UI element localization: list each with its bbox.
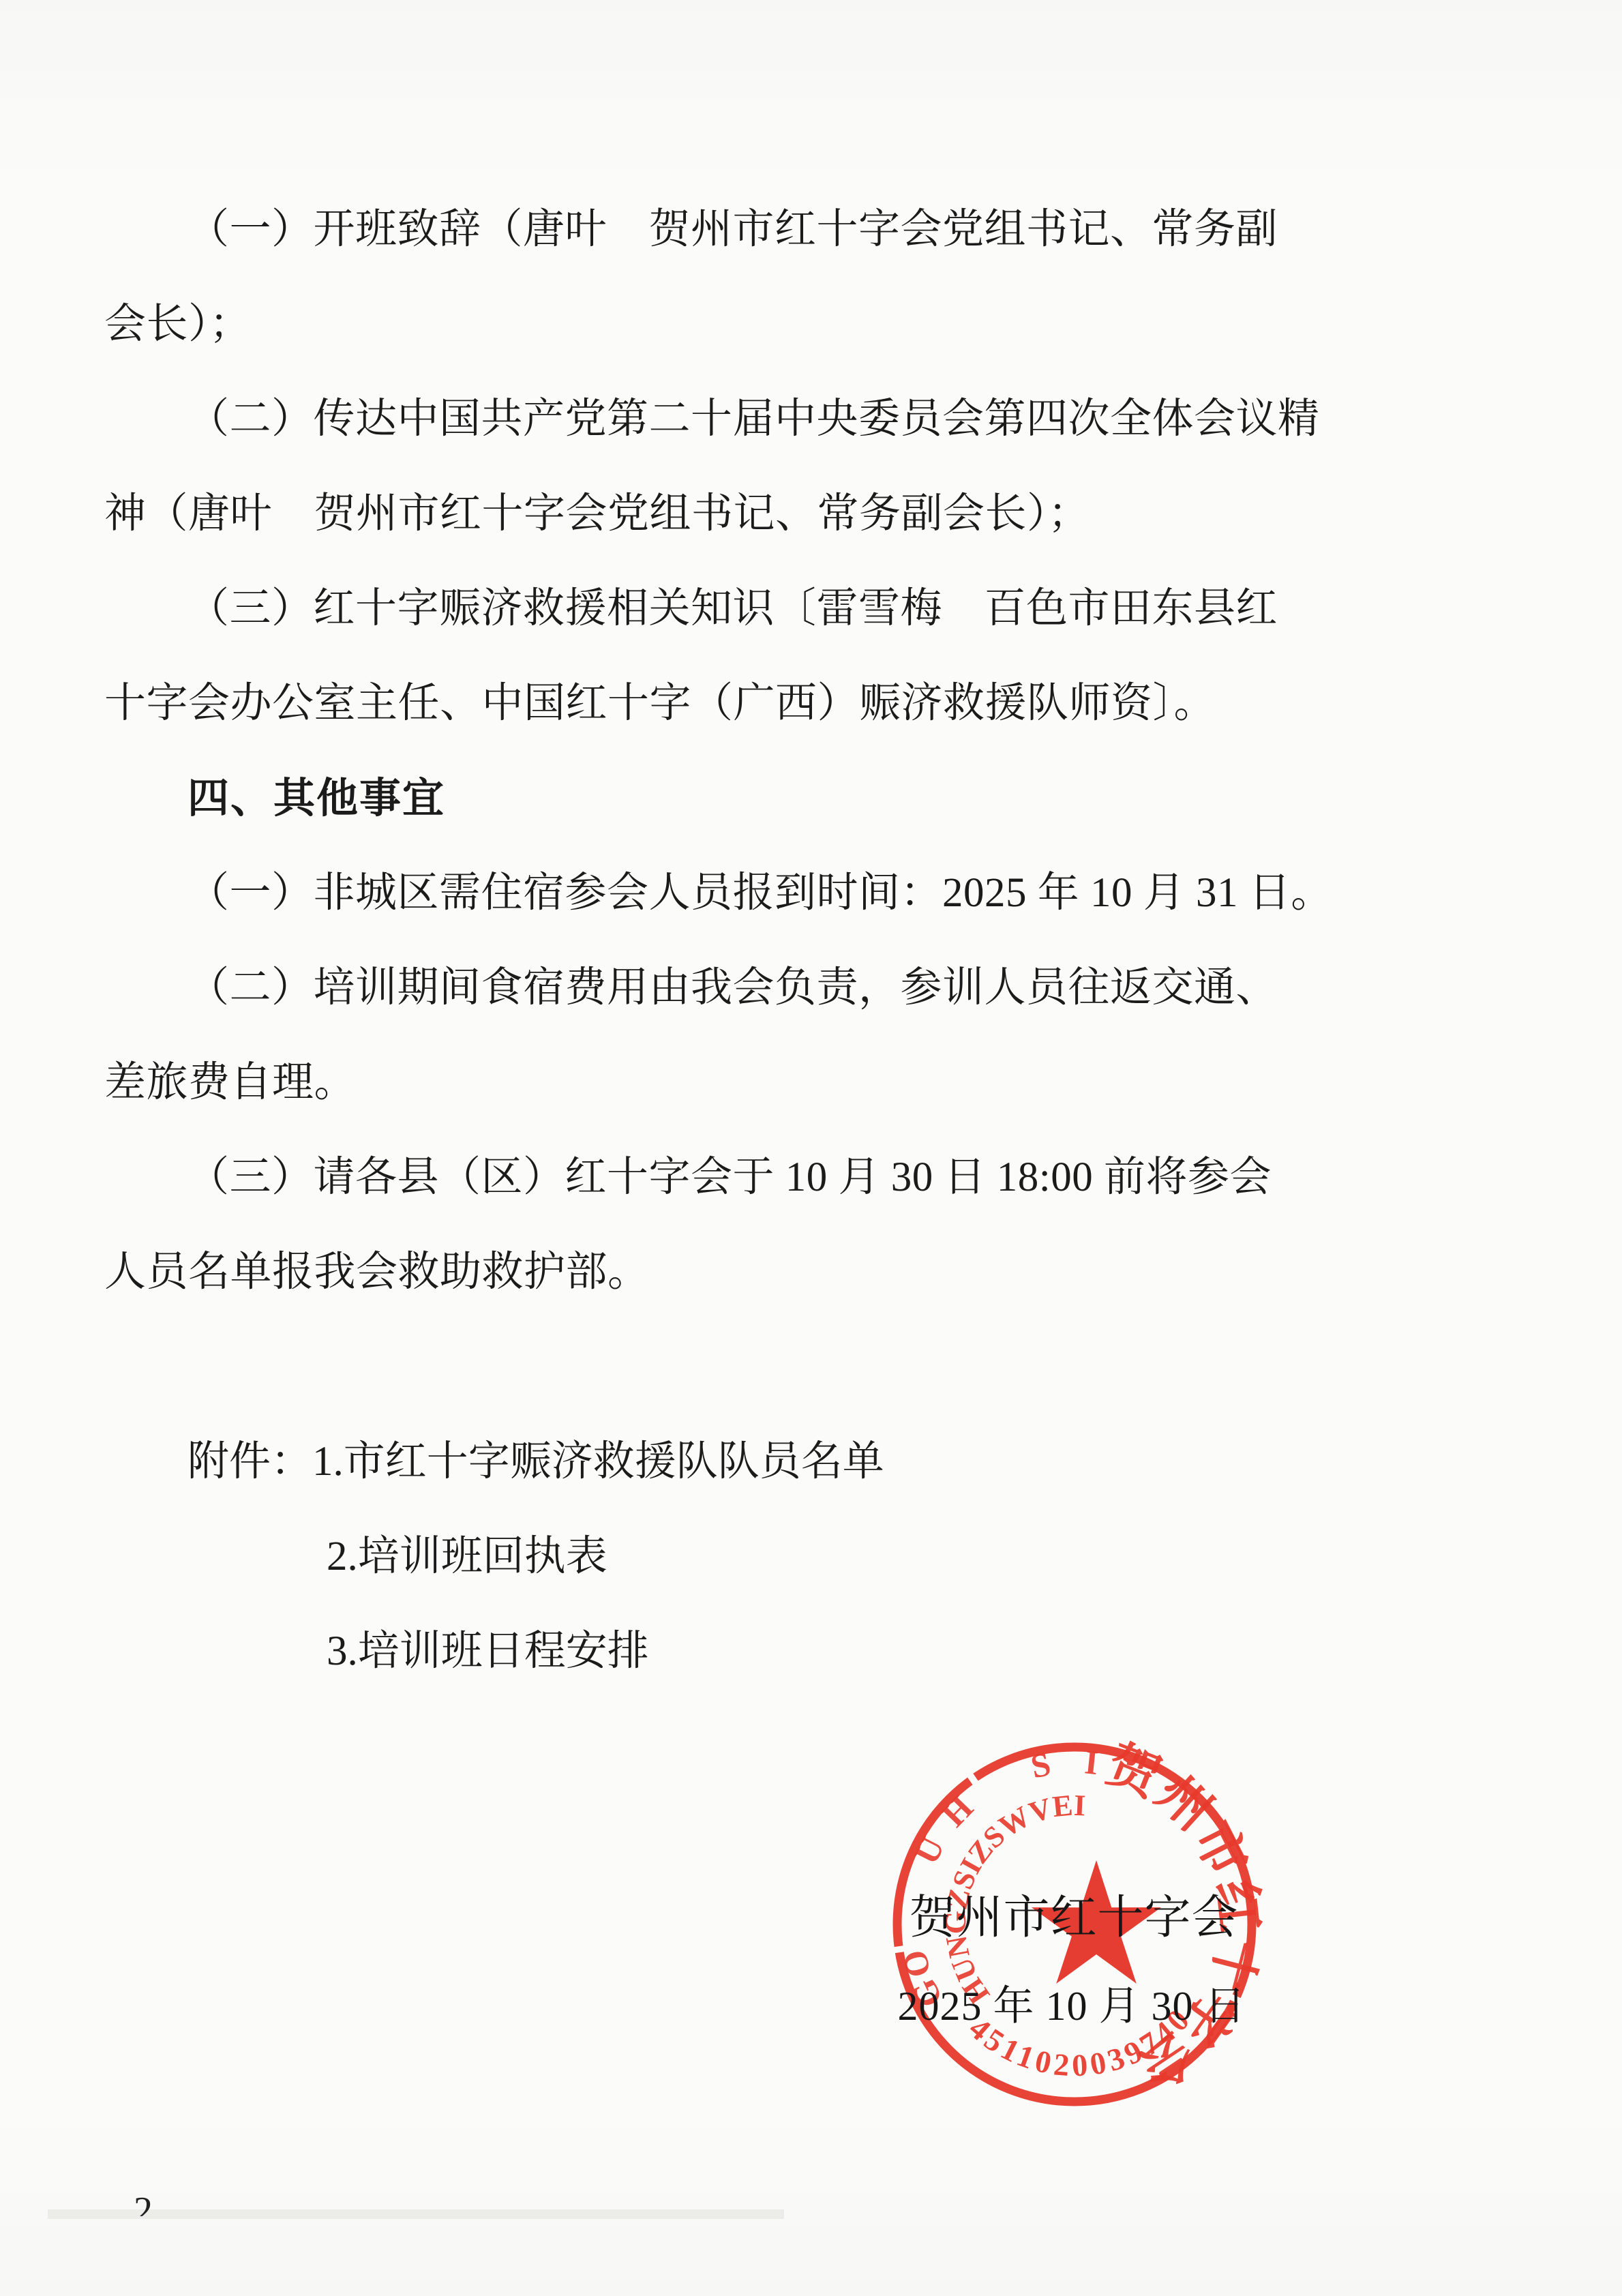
- body-line: （一）开班致辞（唐叶 贺州市红十字会党组书记、常务副: [104, 182, 1529, 277]
- attachments-first-row: 附件：1.市红十字赈济救援队队员名单: [104, 1414, 1529, 1509]
- body-line: （一）非城区需住宿参会人员报到时间：2025 年 10 月 31 日。: [104, 846, 1529, 940]
- body-line: 人员名单报我会救助救护部。: [104, 1225, 1529, 1320]
- body-line: （三）请各县（区）红十字会于 10 月 30 日 18:00 前将参会: [104, 1130, 1529, 1225]
- body-line: 十字会办公室主任、中国红十字（广西）赈济救援队师资〕。: [104, 656, 1529, 751]
- issuer-name: 贺州市红十字会: [909, 1892, 1238, 1943]
- page-number: 2: [134, 2192, 181, 2216]
- section-heading: 四、其他事宜: [104, 751, 1529, 846]
- attachments-label: 附件：: [187, 1439, 312, 1485]
- scanned-document-page: { "page": { "number": "2" }, "colors": {…: [0, 0, 1622, 2296]
- body-line: 差旅费自理。: [104, 1035, 1529, 1130]
- document-body: （一）开班致辞（唐叶 贺州市红十字会党组书记、常务副 会长）； （二）传达中国共…: [104, 182, 1529, 1699]
- seal-ring-letter: U: [907, 1831, 952, 1870]
- body-line: （三）红十字赈济救援相关知识〔雷雪梅 百色市田东县红: [104, 561, 1529, 656]
- body-line: 会长）；: [104, 277, 1529, 372]
- body-line: （二）培训期间食宿费用由我会负责，参训人员往返交通、: [104, 940, 1529, 1035]
- body-line: 神（唐叶 贺州市红十字会党组书记、常务副会长）；: [104, 466, 1529, 561]
- body-line: （二）传达中国共产党第二十届中央委员会第四次全体会议精: [104, 372, 1529, 466]
- blank-line: [104, 1320, 1529, 1414]
- issue-date: 2025 年 10 月 30 日: [898, 1982, 1246, 2031]
- attachment-item: 2.培训班回执表: [104, 1509, 1529, 1604]
- attachment-item: 3.培训班日程安排: [104, 1604, 1529, 1699]
- seal-ring-letter: H: [935, 1788, 980, 1834]
- attachment-item: 1.市红十字赈济救援队队员名单: [312, 1439, 884, 1485]
